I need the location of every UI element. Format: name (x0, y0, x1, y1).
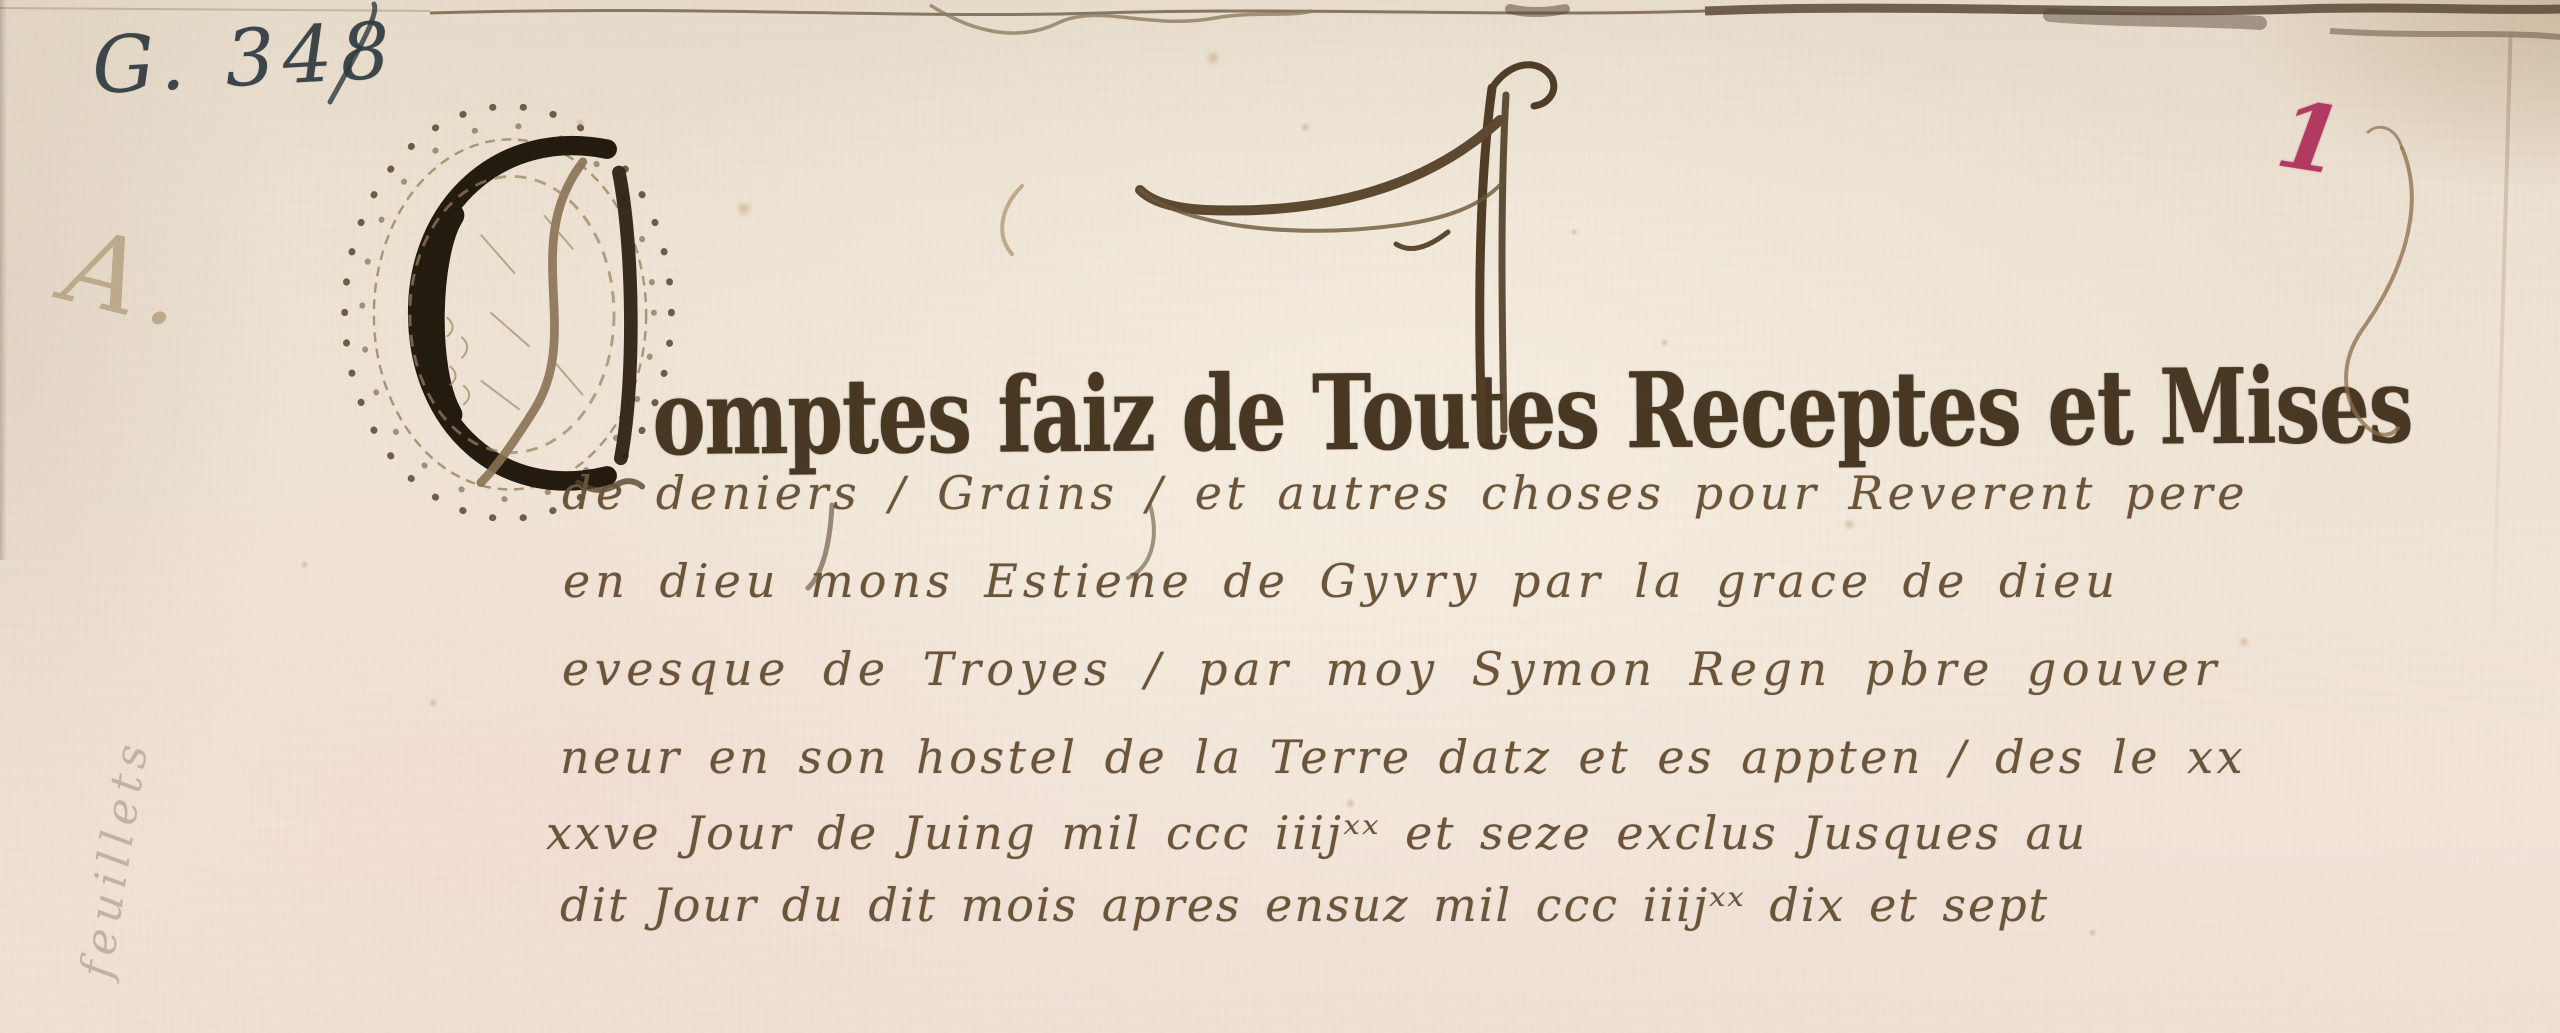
text-line: neur en son hostel de la Terre datz et e… (560, 730, 2246, 784)
text-line: evesque de Troyes / par moy Symon Regn p… (562, 642, 2222, 696)
text-line: en dieu mons Estiene de Gyvry par la gra… (563, 554, 2120, 608)
text-line: de deniers / Grains / et autres choses p… (562, 466, 2249, 520)
text-line: xxve Jour de Juing mil ccc iiijˣˣ et sez… (546, 806, 2088, 860)
body-text-block: de deniers / Grains / et autres choses p… (0, 0, 2560, 1033)
text-line: dit Jour du dit mois apres ensuz mil ccc… (560, 878, 2049, 932)
manuscript-page: G. 348 A. feuillets 1 C omptes faiz de T… (0, 0, 2560, 1033)
